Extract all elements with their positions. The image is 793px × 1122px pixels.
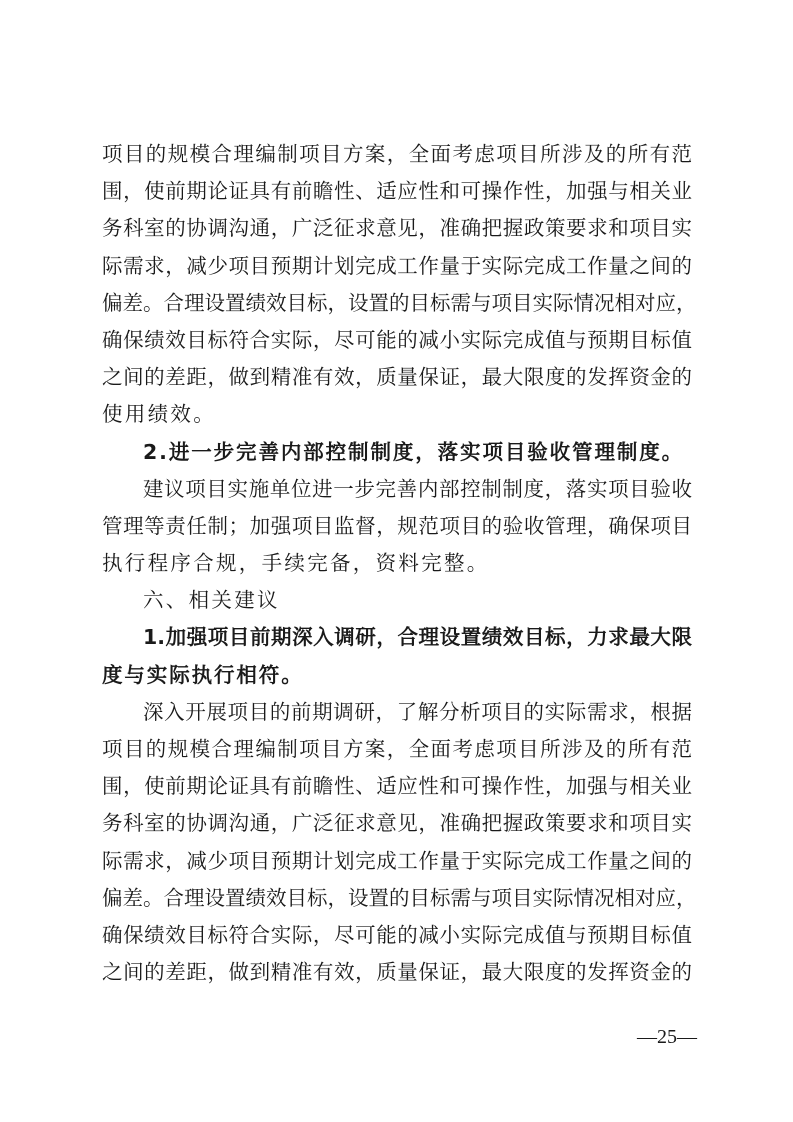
paragraph-line: 执行程序合规，手续完备，资料完整。 bbox=[102, 545, 692, 582]
paragraph-line: 之间的差距，做到精准有效，质量保证，最大限度的发挥资金的 bbox=[102, 359, 692, 396]
section-heading-1: 1.加强项目前期深入调研，合理设置绩效目标，力求最大限 bbox=[102, 619, 692, 656]
paragraph-line: 确保绩效目标符合实际，尽可能的减小实际完成值与预期目标值 bbox=[102, 322, 692, 359]
paragraph-line: 之间的差距，做到精准有效，质量保证，最大限度的发挥资金的 bbox=[102, 954, 692, 991]
paragraph-line: 使用绩效。 bbox=[102, 396, 692, 433]
document-body: 项目的规模合理编制项目方案，全面考虑项目所涉及的所有范 围，使前期论证具有前瞻性… bbox=[102, 136, 692, 991]
paragraph-line: 围，使前期论证具有前瞻性、适应性和可操作性，加强与相关业 bbox=[102, 768, 692, 805]
paragraph-line: 项目的规模合理编制项目方案，全面考虑项目所涉及的所有范 bbox=[102, 731, 692, 768]
paragraph-line: 确保绩效目标符合实际，尽可能的减小实际完成值与预期目标值 bbox=[102, 917, 692, 954]
paragraph-line: 际需求，减少项目预期计划完成工作量于实际完成工作量之间的 bbox=[102, 248, 692, 285]
paragraph-line: 务科室的协调沟通，广泛征求意见，准确把握政策要求和项目实 bbox=[102, 210, 692, 247]
section-heading-1-cont: 度与实际执行相符。 bbox=[102, 657, 692, 694]
paragraph-line: 管理等责任制；加强项目监督，规范项目的验收管理，确保项目 bbox=[102, 508, 692, 545]
paragraph-line: 项目的规模合理编制项目方案，全面考虑项目所涉及的所有范 bbox=[102, 136, 692, 173]
paragraph-line: 建议项目实施单位进一步完善内部控制制度，落实项目验收 bbox=[102, 471, 692, 508]
paragraph-line: 围，使前期论证具有前瞻性、适应性和可操作性，加强与相关业 bbox=[102, 173, 692, 210]
paragraph-line: 际需求，减少项目预期计划完成工作量于实际完成工作量之间的 bbox=[102, 843, 692, 880]
section-heading-2: 2.进一步完善内部控制制度，落实项目验收管理制度。 bbox=[102, 434, 692, 471]
paragraph-line: 深入开展项目的前期调研，了解分析项目的实际需求，根据 bbox=[102, 694, 692, 731]
page-number: —25— bbox=[637, 1026, 697, 1049]
paragraph-line: 偏差。合理设置绩效目标，设置的目标需与项目实际情况相对应， bbox=[102, 880, 692, 917]
paragraph-line: 务科室的协调沟通，广泛征求意见，准确把握政策要求和项目实 bbox=[102, 805, 692, 842]
paragraph-line: 偏差。合理设置绩效目标，设置的目标需与项目实际情况相对应， bbox=[102, 285, 692, 322]
chapter-heading-6: 六、相关建议 bbox=[102, 582, 692, 619]
